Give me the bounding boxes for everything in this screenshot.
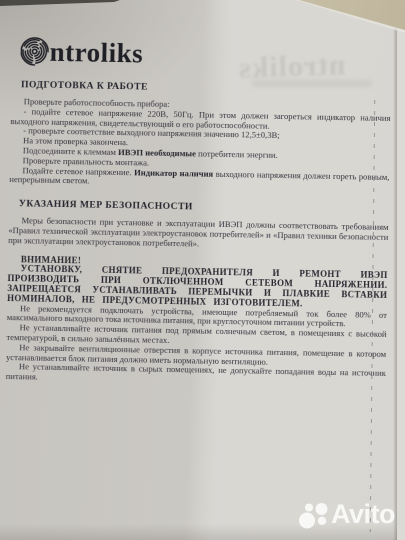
- avito-watermark-text: Avito: [331, 499, 395, 529]
- photo-top-edge: [0, 0, 120, 6]
- paragraph: Подайте сетевое напряжение. Индикатор на…: [9, 166, 389, 193]
- document-photo: ntroliks ntroliks ПОДГОТОВКА К Р: [0, 0, 405, 540]
- section-body: Проверьте работоспособность прибора:- по…: [9, 97, 391, 192]
- section-safety: УКАЗАНИЯ МЕР БЕЗОПАСНОСТИ Меры безопасно…: [0, 198, 402, 389]
- paragraph: Меры безопасности при установке и эксплу…: [8, 216, 388, 252]
- section-preparation: ПОДГОТОВКА К РАБОТЕ Проверьте работоспос…: [0, 79, 404, 193]
- text-run: Меры безопасности при установке и эксплу…: [8, 215, 388, 248]
- table-surface-corner: [285, 0, 405, 34]
- fingerprint-icon: [20, 36, 50, 67]
- avito-logo-icon: [297, 499, 331, 529]
- brand-logo: ntroliks: [20, 36, 404, 73]
- manual-page: ntroliks ПОДГОТОВКА К РАБОТЕ Проверьте р…: [0, 34, 405, 389]
- text-run: Индикатор наличия: [134, 167, 213, 178]
- section-body: Меры безопасности при установке и эксплу…: [6, 216, 389, 389]
- underlying-sheet: [397, 27, 405, 540]
- text-run: УСТАНОВКУ, СНЯТИЕ ПРЕДОХРАНИТЕЛЯ И РЕМОН…: [7, 264, 388, 309]
- section-heading: ПОДГОТОВКА К РАБОТЕ: [21, 79, 404, 97]
- brand-logo-text: ntroliks: [49, 37, 143, 69]
- text-run: потребители энергии.: [196, 148, 278, 159]
- section-heading: УКАЗАНИЯ МЕР БЕЗОПАСНОСТИ: [19, 198, 402, 216]
- paragraph: Не устанавливайте источник в сырых помещ…: [6, 362, 386, 389]
- avito-watermark: Avito: [297, 499, 395, 529]
